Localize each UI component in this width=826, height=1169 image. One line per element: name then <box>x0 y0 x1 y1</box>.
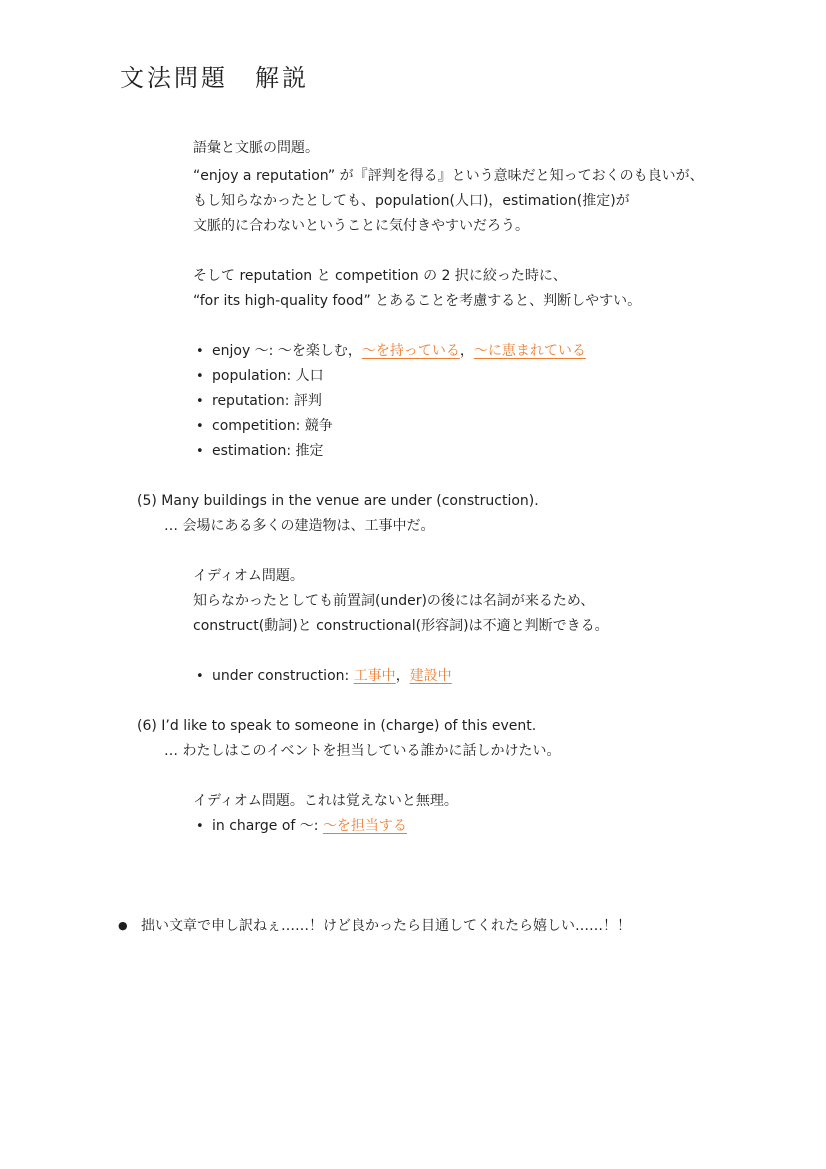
bullet-icon: • <box>196 418 212 436</box>
vocab-note-line: 文脈的に合わないということに気付きやすいだろう。 <box>193 217 529 235</box>
explanation-line: イディオム問題。これは覚えないと無理。 <box>193 792 458 810</box>
page-title: 文法問題 解説 <box>120 58 309 93</box>
vocab-term: competition: 競争 <box>212 418 333 434</box>
vocab-term: reputation: 評判 <box>212 393 322 409</box>
question-sentence: (5) Many buildings in the venue are unde… <box>137 492 539 510</box>
bullet-icon: • <box>196 368 212 386</box>
vocab-emphasis: ～を持っている <box>362 343 460 359</box>
vocab-note-line: 語彙と文脈の問題。 <box>193 139 319 157</box>
bullet-icon: • <box>196 343 212 361</box>
footer-note: ●拙い文章で申し訳ねぇ……！けど良かったら目通してくれたら嬉しい……！！ <box>118 917 631 935</box>
list-item: •competition: 競争 <box>196 417 333 436</box>
question-translation: … わたしはこのイベントを担当している誰かに話しかけたい。 <box>164 742 560 760</box>
bullet-icon: • <box>196 818 212 836</box>
bullet-icon: • <box>196 668 212 686</box>
idiom-emphasis: 工事中 <box>354 668 396 684</box>
list-item: •estimation: 推定 <box>196 442 324 461</box>
list-item: •reputation: 評判 <box>196 392 322 411</box>
question-translation: … 会場にある多くの建造物は、工事中だ。 <box>164 517 434 535</box>
idiom-term: in charge of ～: <box>212 818 323 834</box>
vocab-note-line: もし知らなかったとしても、population(人口)，estimation(推… <box>193 192 630 210</box>
vocab-note-line: “enjoy a reputation” が『評判を得る』という意味だと知ってお… <box>193 167 704 185</box>
separator: ， <box>460 343 474 359</box>
list-item: •under construction: 工事中，建設中 <box>196 667 452 686</box>
vocab-term: population: 人口 <box>212 368 324 384</box>
footer-text: 拙い文章で申し訳ねぇ……！けど良かったら目通してくれたら嬉しい……！！ <box>141 918 631 934</box>
explanation-line: 知らなかったとしても前置詞(under)の後には名詞が来るため、 <box>193 592 594 610</box>
question-sentence: (6) I’d like to speak to someone in (cha… <box>137 717 536 735</box>
idiom-emphasis: 建設中 <box>410 668 452 684</box>
separator: ， <box>396 668 410 684</box>
explanation-line: construct(動詞)と constructional(形容詞)は不適と判断… <box>193 617 609 635</box>
vocab-note-line: “for its high-quality food” とあることを考慮すると、… <box>193 292 641 310</box>
vocab-term: enjoy ～: ～を楽しむ， <box>212 343 362 359</box>
list-item: •population: 人口 <box>196 367 324 386</box>
document-page: 文法問題 解説 語彙と文脈の問題。 “enjoy a reputation” が… <box>0 0 826 1169</box>
bullet-icon: ● <box>118 917 141 935</box>
vocab-emphasis: ～に恵まれている <box>474 343 586 359</box>
list-item: •enjoy ～: ～を楽しむ，～を持っている，～に恵まれている <box>196 342 586 361</box>
bullet-icon: • <box>196 443 212 461</box>
vocab-term: estimation: 推定 <box>212 443 324 459</box>
idiom-term: under construction: <box>212 668 354 684</box>
explanation-line: イディオム問題。 <box>193 567 304 585</box>
bullet-icon: • <box>196 393 212 411</box>
idiom-emphasis: ～を担当する <box>323 818 407 834</box>
vocab-note-line: そして reputation と competition の 2 択に絞った時に… <box>193 267 567 285</box>
list-item: •in charge of ～: ～を担当する <box>196 817 407 836</box>
